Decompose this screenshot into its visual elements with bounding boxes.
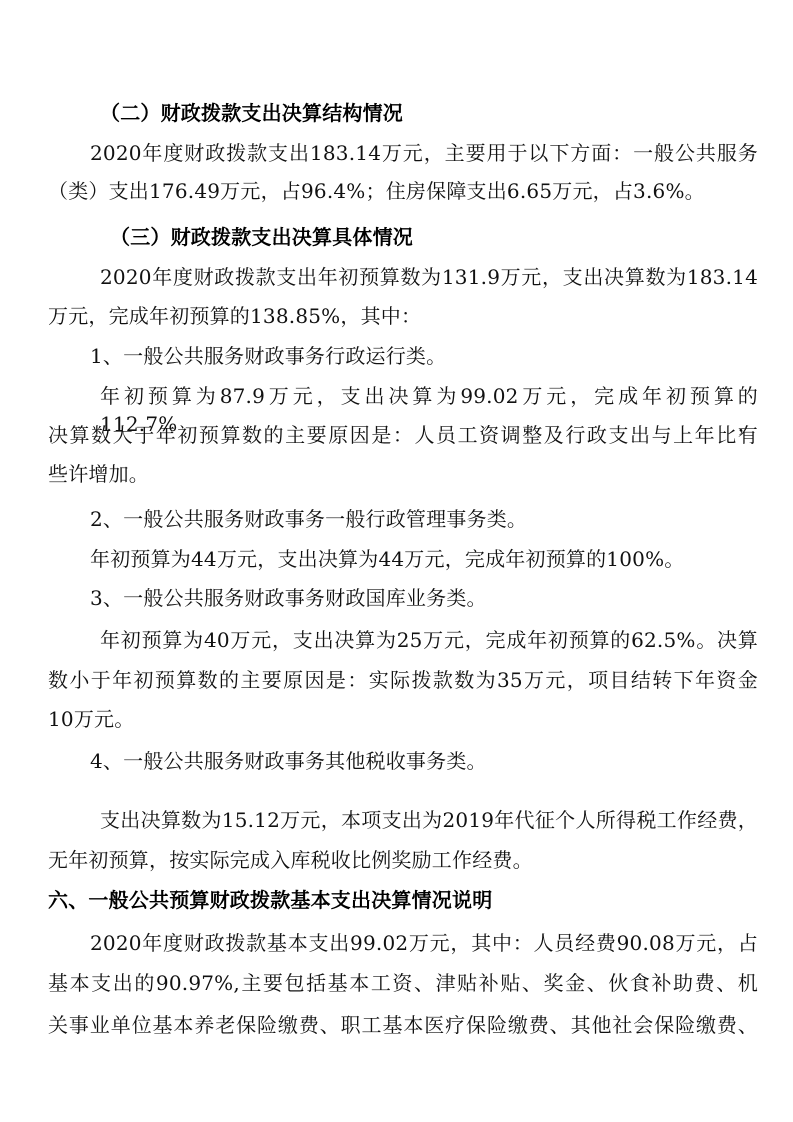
paragraph-line: 年初预算为40万元，支出决算为25万元，完成年初预算的62.5%。决算: [100, 626, 758, 654]
paragraph-line: 些许增加。: [48, 460, 758, 488]
paragraph-line: 年初预算为44万元，支出决算为44万元，完成年初预算的100%。: [90, 545, 793, 573]
item-title-other-tax-affairs: 4、一般公共服务财政事务其他税收事务类。: [90, 747, 793, 775]
paragraph-line: （类）支出176.49万元，占96.4%；住房保障支出6.65万元，占3.6%。: [48, 177, 758, 205]
item-title-general-administration: 2、一般公共服务财政事务一般行政管理事务类。: [90, 505, 793, 533]
paragraph-line: 支出决算数为15.12万元，本项支出为2019年代征个人所得税工作经费，: [100, 806, 758, 834]
paragraph-line: 基本支出的90.97%,主要包括基本工资、津贴补贴、奖金、伙食补助费、机: [48, 969, 758, 997]
section-heading-expenditure-details: （三）财政拨款支出决算具体情况: [110, 223, 793, 251]
paragraph-line: 2020年度财政拨款支出年初预算数为131.9万元，支出决算数为183.14: [100, 263, 758, 291]
paragraph-line: 决算数大于年初预算数的主要原因是：人员工资调整及行政支出与上年比有: [48, 421, 758, 449]
paragraph-line: 10万元。: [48, 705, 758, 733]
paragraph-line: 数小于年初预算数的主要原因是：实际拨款数为35万元，项目结转下年资金: [48, 666, 758, 694]
section-heading-expenditure-structure: （二）财政拨款支出决算结构情况: [100, 99, 793, 127]
paragraph-line: 2020年度财政拨款基本支出99.02万元，其中：人员经费90.08万元，占: [90, 929, 758, 957]
paragraph-line: 万元，完成年初预算的138.85%，其中：: [48, 302, 758, 330]
item-title-treasury-business: 3、一般公共服务财政事务财政国库业务类。: [90, 584, 793, 612]
document-page: （二）财政拨款支出决算结构情况 2020年度财政拨款支出183.14万元，主要用…: [0, 0, 793, 1122]
section-heading-basic-expenditure: 六、一般公共预算财政拨款基本支出决算情况说明: [48, 886, 758, 914]
paragraph-line: 2020年度财政拨款支出183.14万元，主要用于以下方面：一般公共服务: [90, 139, 758, 167]
item-title-administrative-operation: 1、一般公共服务财政事务行政运行类。: [90, 342, 793, 370]
paragraph-line: 无年初预算，按实际完成入库税收比例奖励工作经费。: [48, 846, 758, 874]
paragraph-line: 关事业单位基本养老保险缴费、职工基本医疗保险缴费、其他社会保险缴费、: [48, 1011, 758, 1039]
